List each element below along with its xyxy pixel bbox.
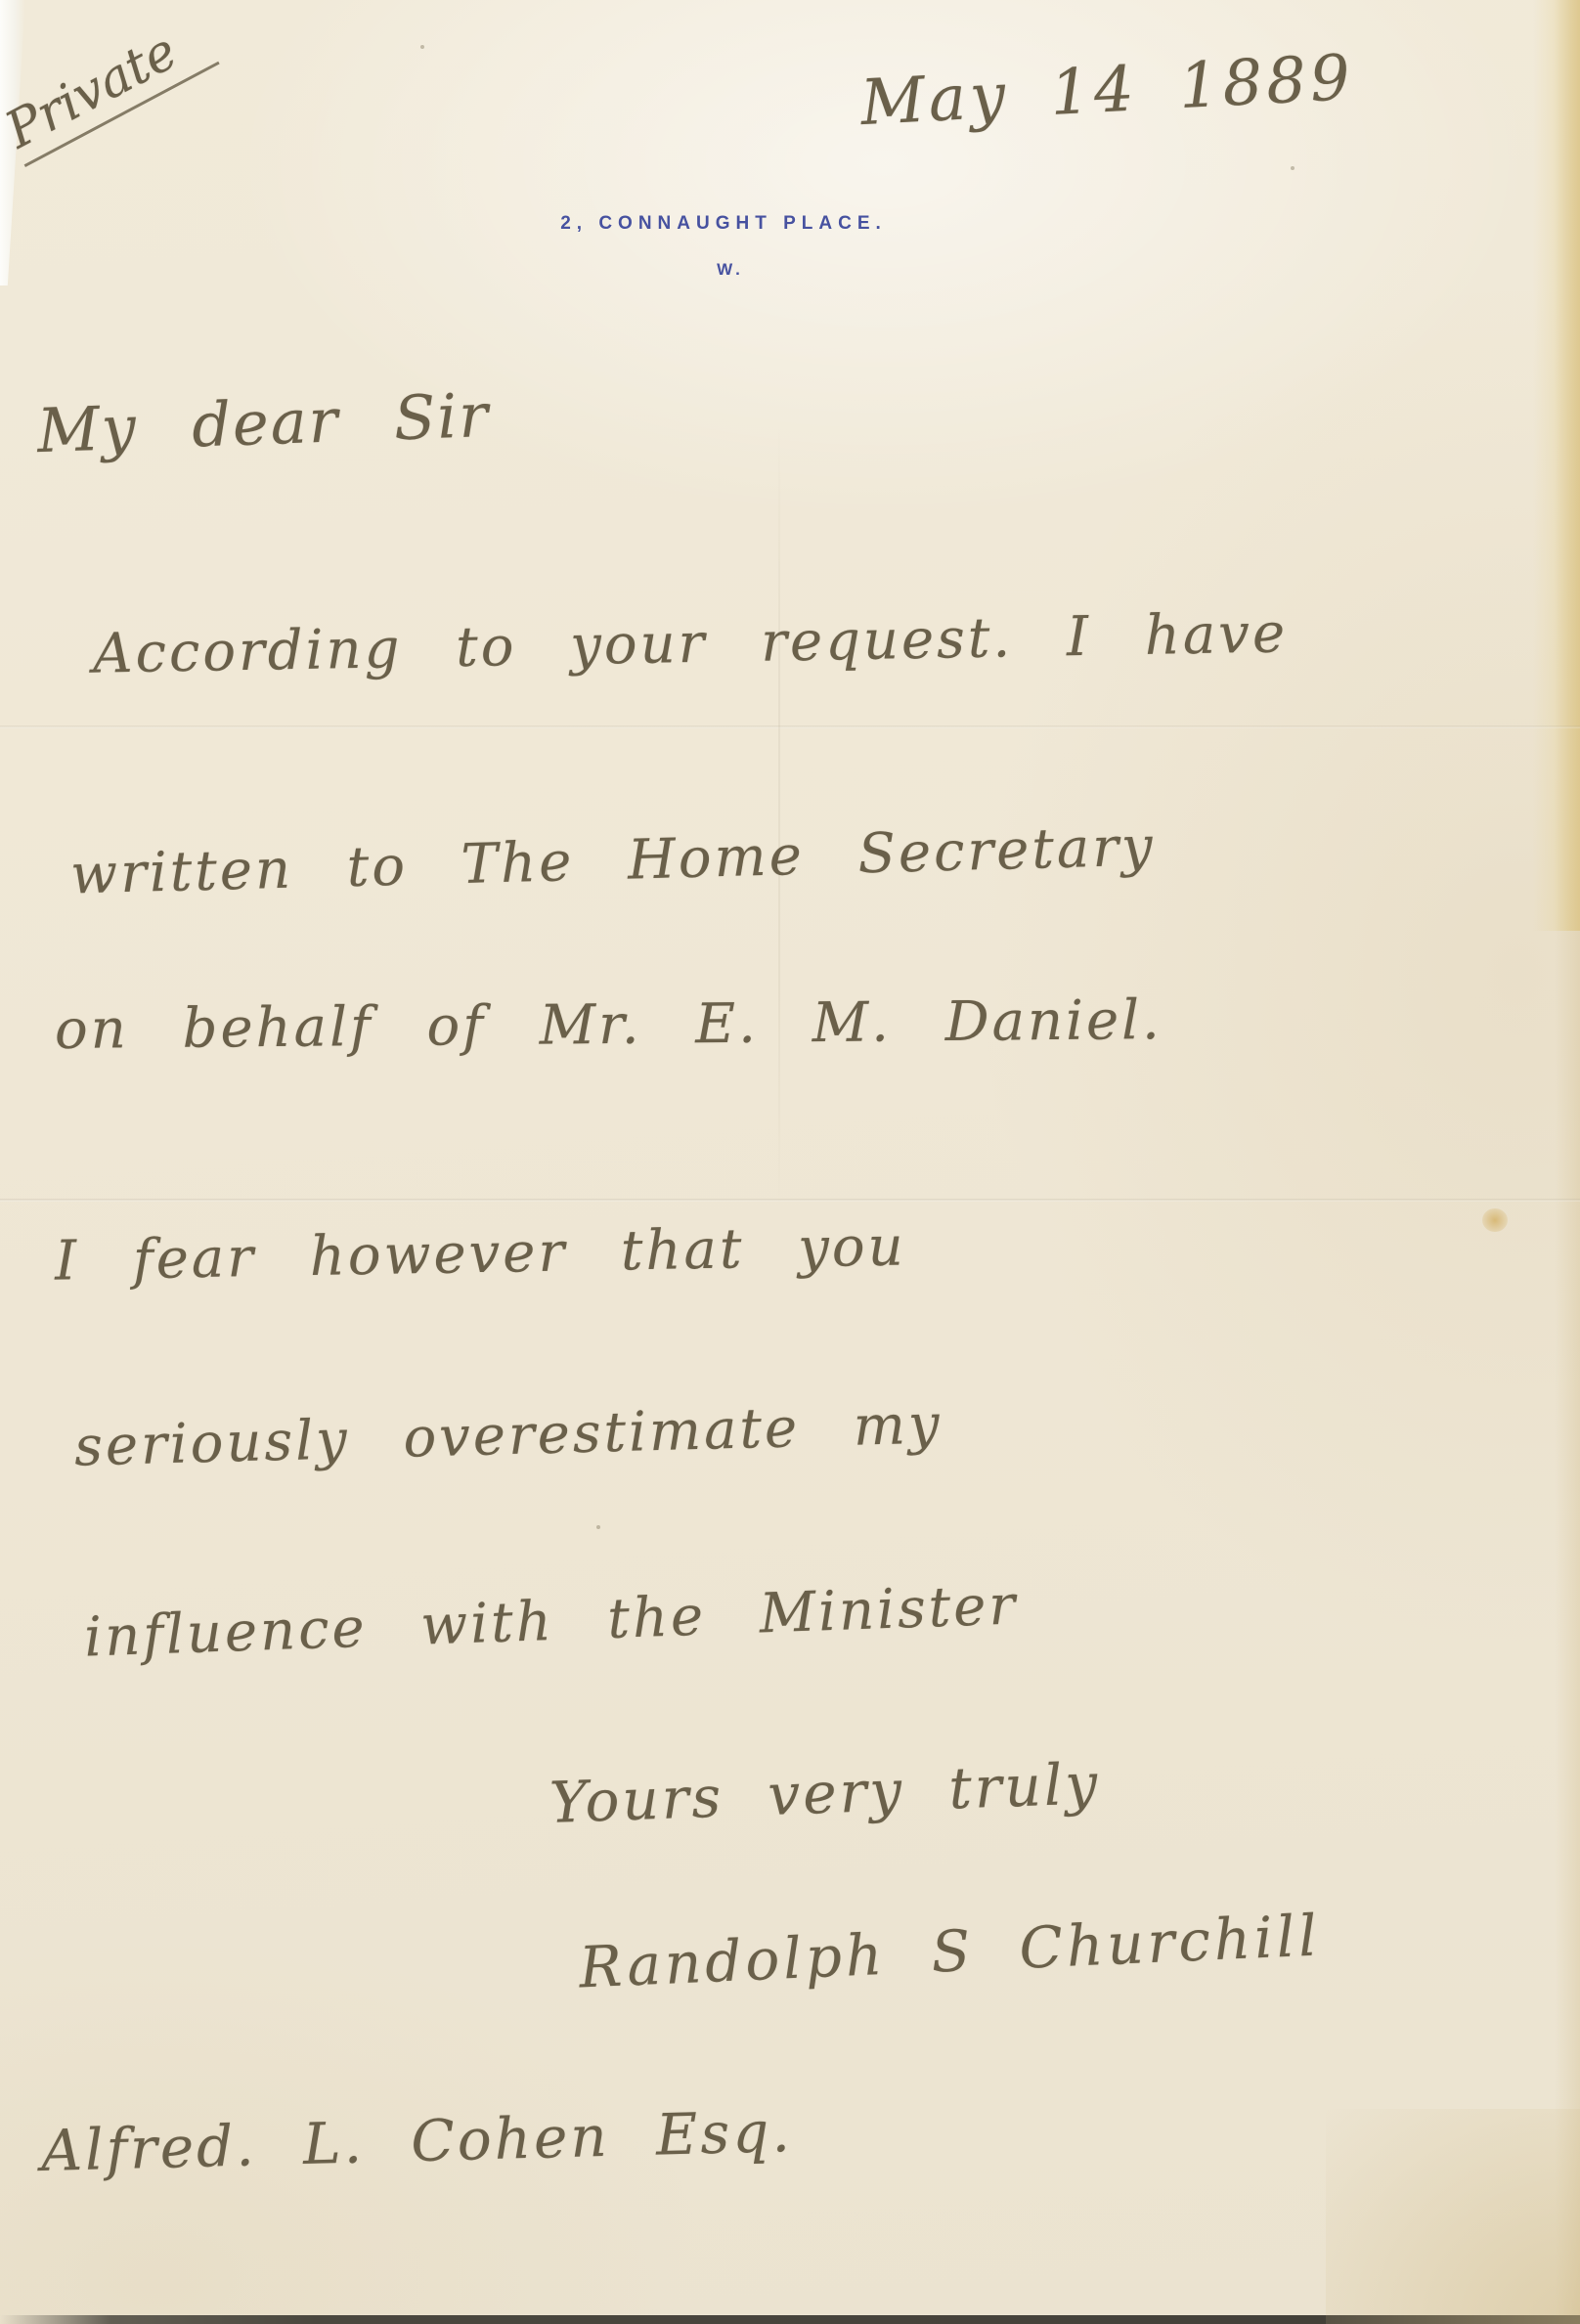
addressee: Alfred. L. Cohen Esq. — [40, 2098, 793, 2184]
signature: Randolph S Churchill — [578, 1902, 1322, 2000]
letterhead-address: 2, CONNAUGHT PLACE. — [445, 213, 1002, 235]
paper-stain-spot — [1482, 1208, 1508, 1232]
body-line: written to The Home Secretary — [69, 814, 1156, 906]
body-line: influence with the Minister — [83, 1573, 1019, 1669]
paper-speck — [596, 1525, 600, 1529]
letterhead: 2, CONNAUGHT PLACE. W. — [445, 213, 1002, 280]
paper-stain-corner — [1326, 2109, 1580, 2324]
body-line: on behalf of Mr. E. M. Daniel. — [55, 988, 1163, 1062]
body-line: seriously overestimate my — [73, 1392, 943, 1478]
paper-crease-lower — [0, 1199, 1580, 1202]
private-annotation: Private — [0, 6, 219, 167]
paper-speck — [1291, 166, 1295, 170]
paper-speck — [420, 45, 424, 49]
letterhead-district: W. — [445, 260, 1002, 280]
paper-crease-vertical — [778, 420, 780, 1222]
letter-scan: Private May 14 1889 2, CONNAUGHT PLACE. … — [0, 0, 1580, 2324]
salutation: My dear Sir — [36, 379, 491, 466]
paper-crease-upper — [0, 725, 1580, 728]
scan-edge-right-tint — [1555, 0, 1580, 2324]
body-line: I fear however that you — [54, 1214, 906, 1293]
closing: Yours very truly — [549, 1750, 1101, 1836]
letter-date: May 14 1889 — [858, 42, 1355, 140]
body-line: According to your request. I have — [93, 601, 1289, 685]
